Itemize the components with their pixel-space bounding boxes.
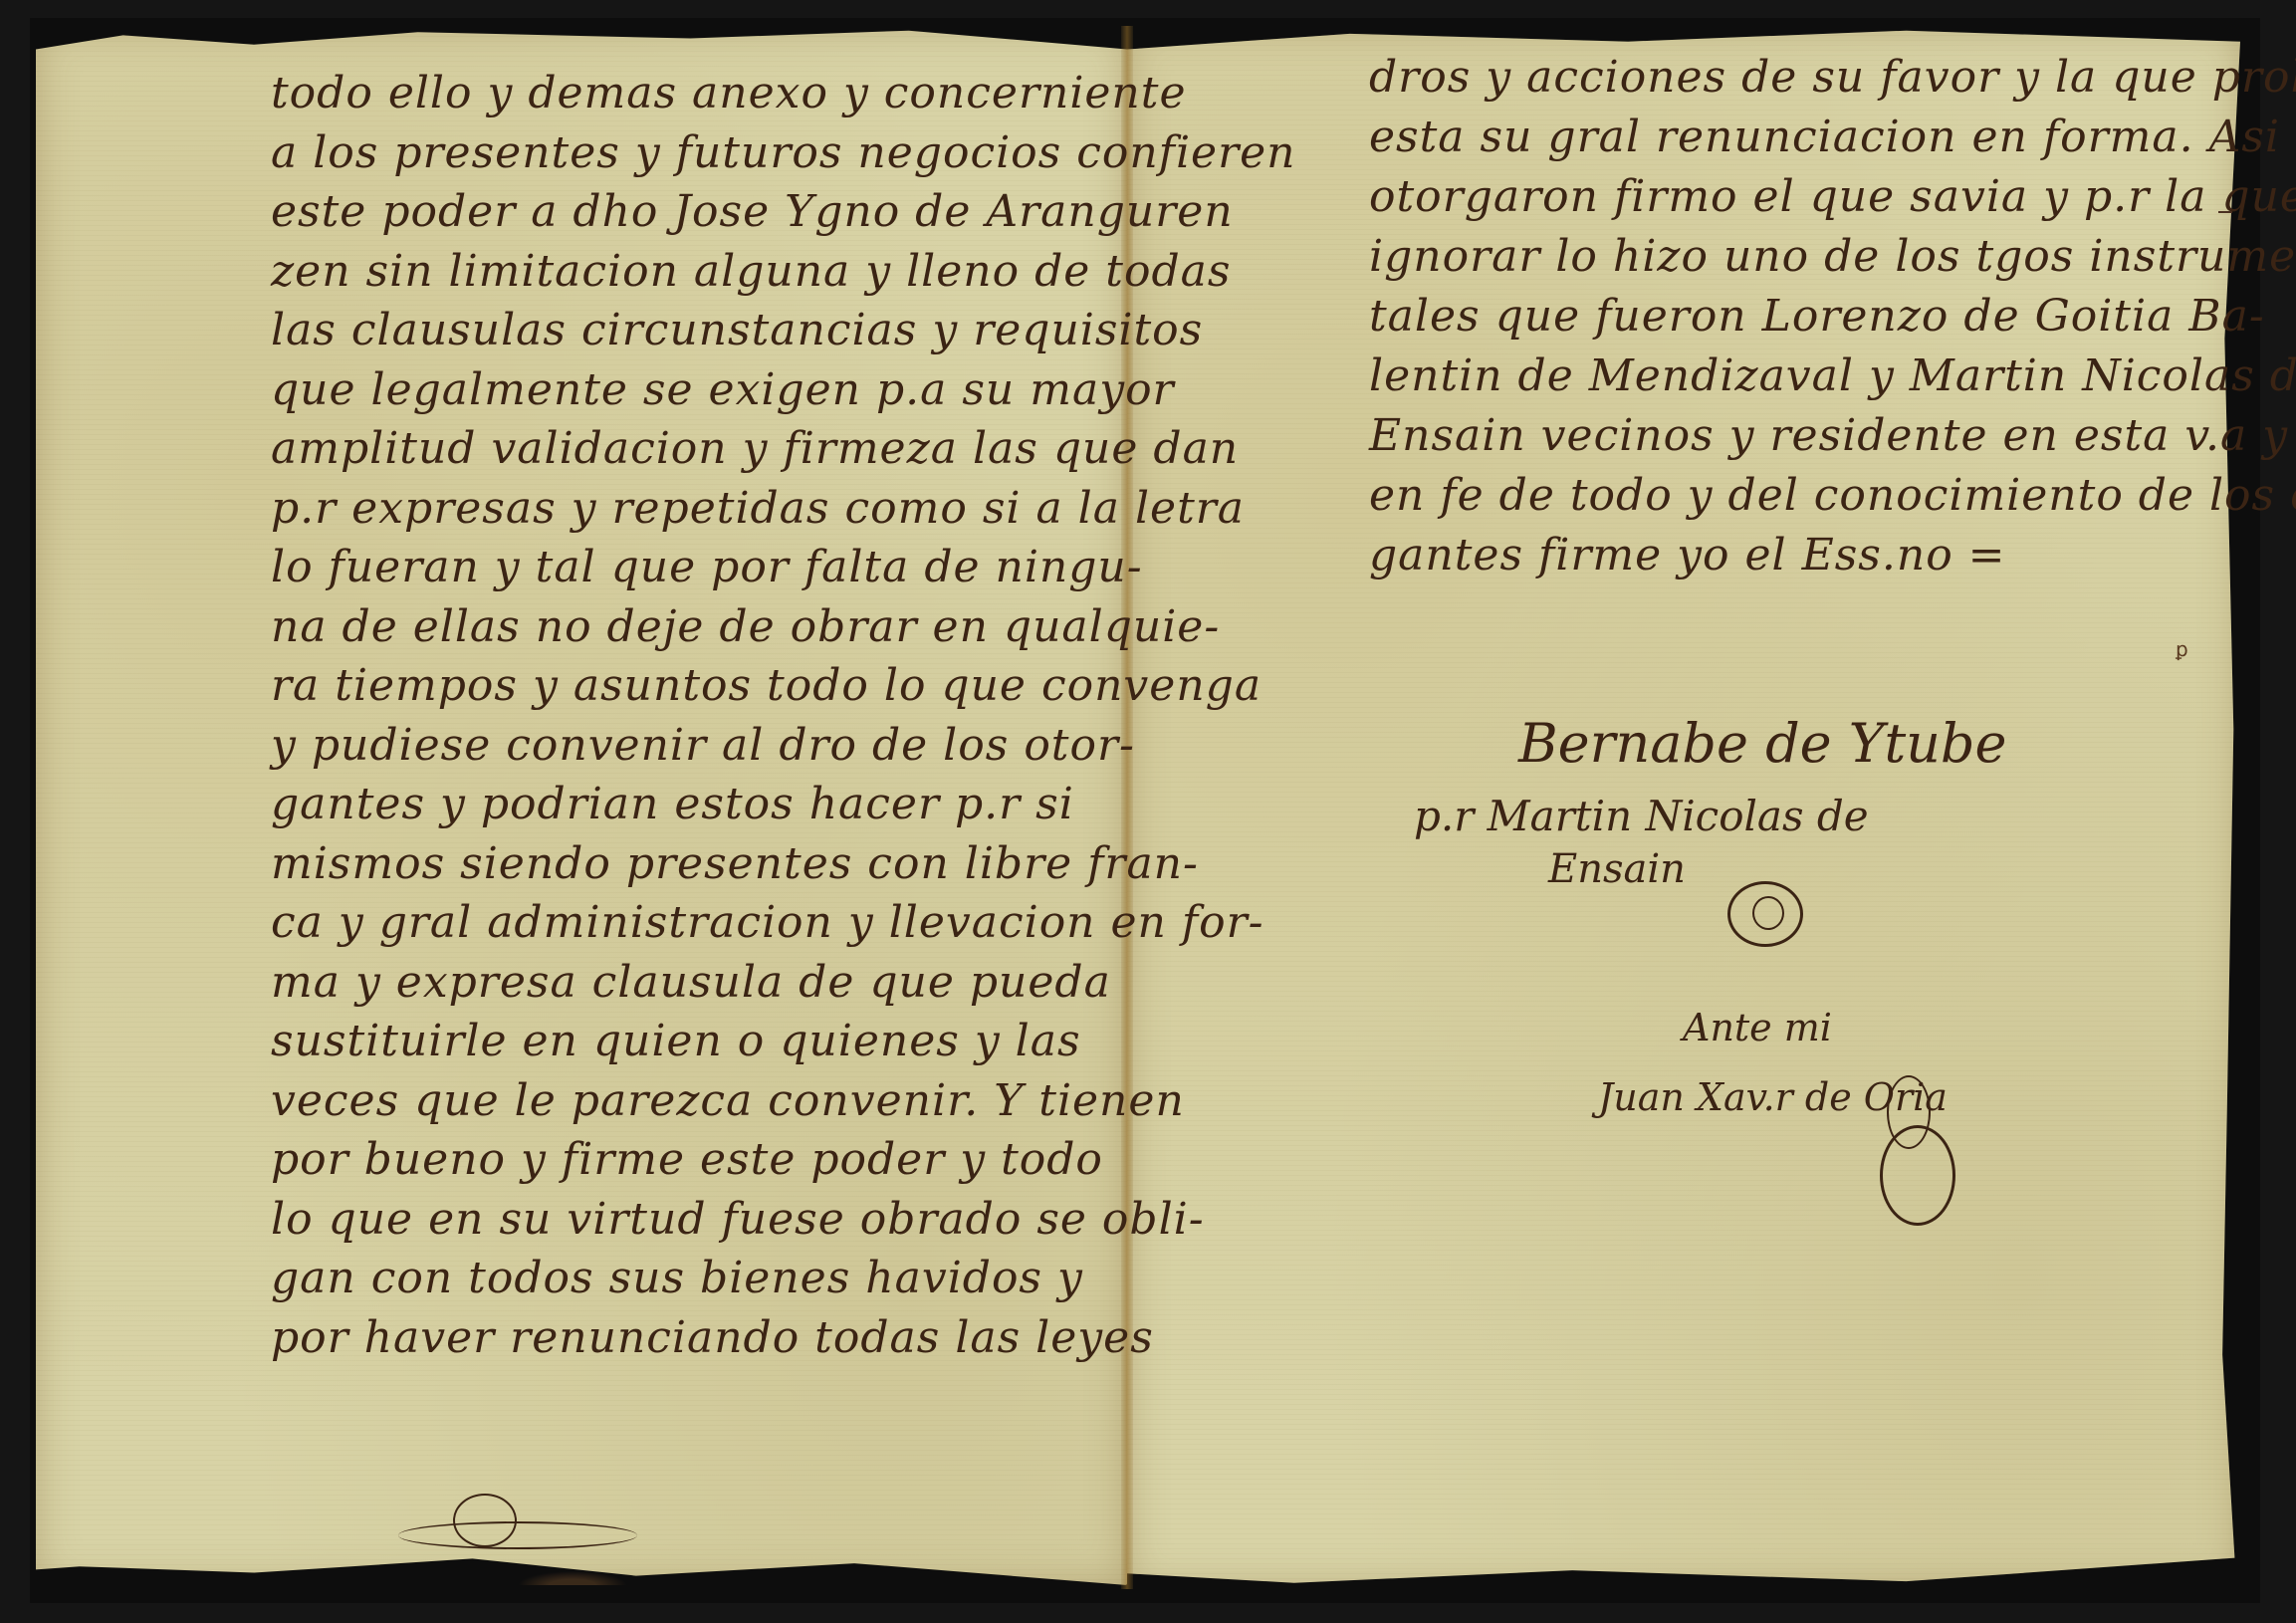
signature-bernabe: Bernabe de Ytube [1518, 712, 2006, 775]
text-line: dros y acciones de su favor y la que pro… [1369, 56, 2185, 116]
text-line: sustituirle en quien o quienes y las [271, 1020, 1028, 1079]
text-line: gan con todos sus bienes havidos y [271, 1257, 1028, 1316]
text-line: Ensain vecinos y residente en esta v.a y [1369, 414, 2185, 474]
signature-ante-mi: Ante mi [1683, 1006, 1832, 1049]
text-line: zen sin limitacion alguna y lleno de tod… [271, 250, 1028, 310]
text-line: ra tiempos y asuntos todo lo que conveng… [271, 664, 1028, 724]
text-line: gantes firme yo el Ess.no = [1369, 534, 2185, 593]
text-line: tales que fueron Lorenzo de Goitia Ba- [1369, 295, 2185, 354]
burn-mark [518, 1571, 627, 1585]
text-line: lentin de Mendizaval y Martin Nicolas de [1369, 354, 2185, 414]
text-line: p.r expresas y repetidas como si a la le… [271, 487, 1028, 547]
text-line: y pudiese convenir al dro de los otor- [271, 724, 1028, 784]
text-line: mismos siendo presentes con libre fran- [271, 842, 1028, 902]
right-page-text: dros y acciones de su favor y la que pro… [1369, 56, 2185, 593]
left-page-text: todo ello y demas anexo y concerniente a… [271, 72, 1028, 1375]
notary-rubric-loop [1887, 1075, 1931, 1149]
text-line: en fe de todo y del conocimiento de los … [1369, 474, 2185, 534]
text-line: na de ellas no deje de obrar en qualquie… [271, 605, 1028, 665]
rubric-flourish-small [1752, 896, 1784, 930]
text-line: ca y gral administracion y llevacion en … [271, 901, 1028, 961]
text-line: por bueno y firme este poder y todo [271, 1138, 1028, 1198]
text-line: que legalmente se exigen p.a su mayor [271, 368, 1028, 428]
text-line: lo que en su virtud fuese obrado se obli… [271, 1198, 1028, 1258]
text-line: ma y expresa clausula de que pueda [271, 961, 1028, 1021]
text-line: todo ello y demas anexo y concerniente [271, 72, 1028, 131]
text-line: las clausulas circunstancias y requisito… [271, 309, 1028, 368]
closing-flourish [398, 1521, 637, 1549]
text-line: por haver renunciando todas las leyes [271, 1316, 1028, 1376]
text-line: gantes y podrian estos hacer p.r si [271, 783, 1028, 842]
text-line: a los presentes y futuros negocios confi… [271, 131, 1028, 191]
text-line: lo fueran y tal que por falta de ningu- [271, 546, 1028, 605]
signature-martin-nicolas: p.r Martin Nicolas de [1414, 792, 1869, 840]
closing-flourish-loop [453, 1494, 517, 1547]
text-line: otorgaron firmo el que savia y p.r la qu… [1369, 175, 2185, 235]
signature-martin-nicolas-line2: Ensain [1548, 846, 1686, 892]
text-line: veces que le parezca convenir. Y tienen [271, 1079, 1028, 1139]
text-line: ignorar lo hizo uno de los tgos instrume… [1369, 235, 2185, 295]
margin-mark: ꝑ [2176, 637, 2188, 661]
text-line: esta su gral renunciacion en forma. Asi … [1369, 116, 2185, 175]
text-line: amplitud validacion y firmeza las que da… [271, 427, 1028, 487]
text-line: este poder a dho Jose Ygno de Aranguren [271, 190, 1028, 250]
